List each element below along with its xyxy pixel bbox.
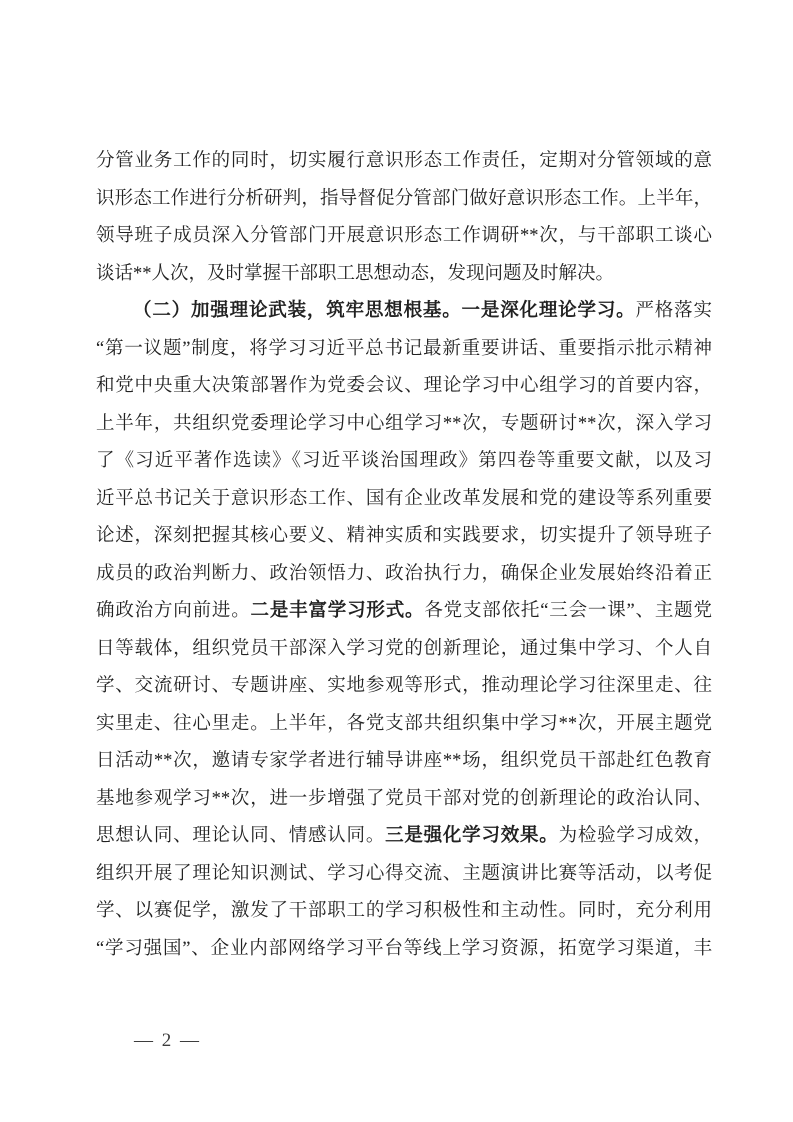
body-text-run: 谈话**人次，及时掌握干部职工思想动态，发现问题及时解决。 [96,264,614,284]
text-line: 了《习近平著作选读》《习近平谈治国理政》第四卷等重要文献，以及习 [96,443,712,481]
text-line: 基地参观学习**次，进一步增强了党员干部对党的创新理论的政治认同、 [96,781,712,819]
text-line: 和党中央重大决策部署作为党委会议、理论学习中心组学习的首要内容， [96,368,712,406]
text-line: 领导班子成员深入分管部门开展意识形态工作调研**次，与干部职工谈心 [96,218,712,256]
body-text-run: 上半年，共组织党委理论学习中心组学习**次，专题研讨**次，深入学习 [96,414,712,434]
text-line: 成员的政治判断力、政治领悟力、政治执行力，确保企业发展始终沿着正 [96,556,712,594]
body-text-run: 为检验学习成效， [559,826,712,846]
body-text-run: 领导班子成员深入分管部门开展意识形态工作调研**次，与干部职工谈心 [96,226,712,246]
body-text-run: 和党中央重大决策部署作为党委会议、理论学习中心组学习的首要内容， [96,376,712,396]
body-text-run: 学、以赛促学，激发了干部职工的学习积极性和主动性。同时，充分利用 [96,901,712,921]
text-line: 学、以赛促学，激发了干部职工的学习积极性和主动性。同时，充分利用 [96,893,712,931]
text-line: 实里走、往心里走。上半年，各党支部共组织集中学习**次，开展主题党 [96,706,712,744]
text-line: 谈话**人次，及时掌握干部职工思想动态，发现问题及时解决。 [96,256,712,294]
text-line: 论述，深刻把握其核心要义、精神实质和实践要求，切实提升了领导班子 [96,518,712,556]
body-text-run: 思想认同、理论认同、情感认同。 [96,826,385,846]
emphasis-text: 一是深化理论学习。 [462,301,636,321]
page-number: — 2 — [134,1029,201,1053]
body-text-run: 日活动**次，邀请专家学者进行辅导讲座**场，组织党员干部赴红色教育 [96,751,712,771]
body-text-run: “学习强国”、企业内部网络学习平台等线上学习资源，拓宽学习渠道，丰 [96,939,712,959]
text-line: 分管业务工作的同时，切实履行意识形态工作责任，定期对分管领域的意 [96,143,712,181]
text-line: 识形态工作进行分析研判，指导督促分管部门做好意识形态工作。上半年， [96,181,712,219]
text-line: 确政治方向前进。二是丰富学习形式。各党支部依托“三会一课”、主题党 [96,593,712,631]
text-line: “学习强国”、企业内部网络学习平台等线上学习资源，拓宽学习渠道，丰 [96,931,712,969]
text-line: 思想认同、理论认同、情感认同。三是强化学习效果。为检验学习成效， [96,818,712,856]
text-line: 近平总书记关于意识形态工作、国有企业改革发展和党的建设等系列重要 [96,481,712,519]
emphasis-text: 三是强化学习效果。 [385,826,558,846]
body-text-run: 成员的政治判断力、政治领悟力、政治执行力，确保企业发展始终沿着正 [96,564,712,584]
body-text-run: 基地参观学习**次，进一步增强了党员干部对党的创新理论的政治认同、 [96,789,712,809]
body-text-run: 学、交流研讨、专题讲座、实地参观等形式，推动理论学习往深里走、往 [96,676,712,696]
body-text-run: 识形态工作进行分析研判，指导督促分管部门做好意识形态工作。上半年， [96,189,712,209]
text-line: 上半年，共组织党委理论学习中心组学习**次，专题研讨**次，深入学习 [96,406,712,444]
text-line: 日活动**次，邀请专家学者进行辅导讲座**场，组织党员干部赴红色教育 [96,743,712,781]
document-page: 分管业务工作的同时，切实履行意识形态工作责任，定期对分管领域的意识形态工作进行分… [0,0,793,1122]
document-text: 分管业务工作的同时，切实履行意识形态工作责任，定期对分管领域的意识形态工作进行分… [96,143,712,968]
body-text-run: “第一议题”制度，将学习习近平总书记最新重要讲话、重要指示批示精神 [96,339,712,359]
body-text-run: 实里走、往心里走。上半年，各党支部共组织集中学习**次，开展主题党 [96,714,712,734]
emphasis-text: 二是丰富学习形式。 [251,601,425,621]
body-text-run: 确政治方向前进。 [96,601,251,621]
text-line: 日等载体，组织党员干部深入学习党的创新理论，通过集中学习、个人自 [96,631,712,669]
text-line: 学、交流研讨、专题讲座、实地参观等形式，推动理论学习往深里走、往 [96,668,712,706]
body-text-run: 分管业务工作的同时，切实履行意识形态工作责任，定期对分管领域的意 [96,151,712,171]
text-line: 组织开展了理论知识测试、学习心得交流、主题演讲比赛等活动，以考促 [96,856,712,894]
body-text-run: 各党支部依托“三会一课”、主题党 [424,601,712,621]
body-text-run: 日等载体，组织党员干部深入学习党的创新理论，通过集中学习、个人自 [96,639,712,659]
section-heading: （二）加强理论武装，筑牢思想根基。 [133,301,462,321]
body-text-run: 了《习近平著作选读》《习近平谈治国理政》第四卷等重要文献，以及习 [96,451,712,471]
body-text-run: 严格落实 [635,301,711,321]
body-text-run: 组织开展了理论知识测试、学习心得交流、主题演讲比赛等活动，以考促 [96,864,712,884]
text-line: （二）加强理论武装，筑牢思想根基。一是深化理论学习。严格落实 [96,293,712,331]
text-line: “第一议题”制度，将学习习近平总书记最新重要讲话、重要指示批示精神 [96,331,712,369]
body-text-run: 近平总书记关于意识形态工作、国有企业改革发展和党的建设等系列重要 [96,489,712,509]
body-text-run: 论述，深刻把握其核心要义、精神实质和实践要求，切实提升了领导班子 [96,526,712,546]
